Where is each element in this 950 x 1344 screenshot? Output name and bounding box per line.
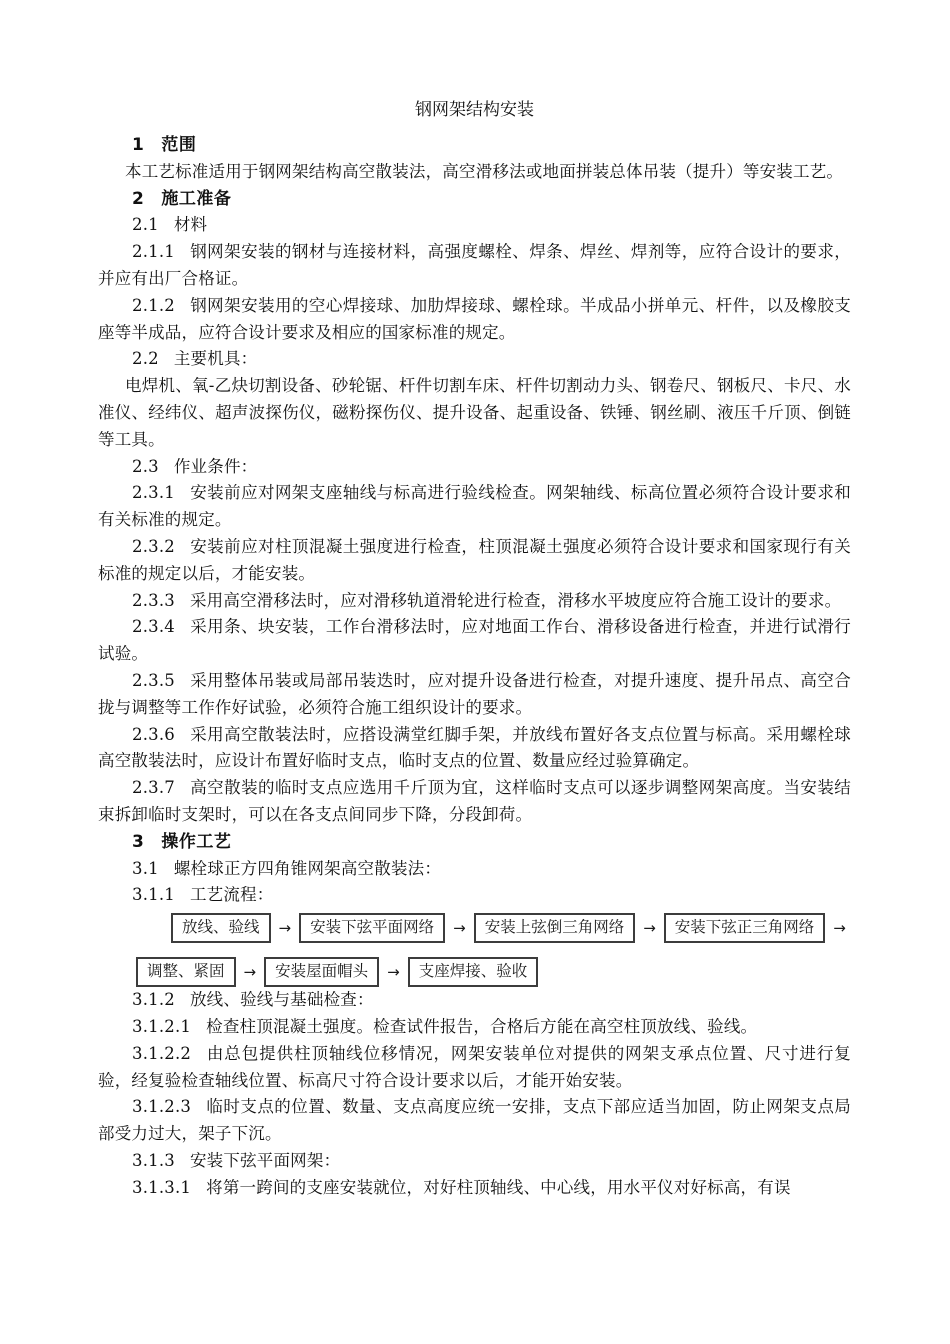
- section-2-header: 2施工准备: [98, 186, 851, 213]
- paragraph-2-3-6: 2.3.6采用高空散装法时，应搭设满堂红脚手架，并放线布置好各支点位置与标高。采…: [98, 722, 851, 776]
- flowchart-row-1: 放线、验线→安装下弦平面网络→安装上弦倒三角网络→安装下弦正三角网络→: [171, 913, 851, 943]
- clause-number: 3.1.2: [132, 990, 190, 1009]
- section-number: 3: [132, 832, 161, 852]
- flowchart-row-2: 调整、紧固→安装屋面帽头→支座焊接、验收: [136, 957, 851, 987]
- clause-number: 2.3.2: [132, 537, 190, 556]
- clause-text: 材料: [174, 215, 207, 234]
- section-title-text: 范围: [161, 135, 196, 155]
- arrow-right-icon: →: [643, 919, 656, 937]
- clause-text: 安装前应对柱顶混凝土强度进行检查，柱顶混凝土强度必须符合设计要求和国家现行有关标…: [98, 537, 851, 583]
- clause-number: 3.1.2.3: [132, 1097, 206, 1116]
- arrow-right-icon: →: [453, 919, 466, 937]
- flow-step-box: 安装下弦平面网络: [299, 913, 445, 943]
- paragraph-2-3-1: 2.3.1安装前应对网架支座轴线与标高进行验线检查。网架轴线、标高位置必须符合设…: [98, 480, 851, 534]
- clause-number: 2.1.1: [132, 242, 190, 261]
- arrow-right-icon: →: [387, 963, 400, 981]
- paragraph-3-1-2-1: 3.1.2.1检查柱顶混凝土强度。检查试件报告，合格后方能在高空柱顶放线、验线。: [98, 1014, 851, 1041]
- paragraph-2-3-5: 2.3.5采用整体吊装或局部吊装迭时，应对提升设备进行检查，对提升速度、提升吊点…: [98, 668, 851, 722]
- paragraph-2-3-4: 2.3.4采用条、块安装，工作台滑移法时，应对地面工作台、滑移设备进行检查，并进…: [98, 614, 851, 668]
- paragraph-2-3: 2.3作业条件：: [98, 454, 851, 481]
- clause-number: 2.1: [132, 215, 174, 234]
- paragraph-3-1-3-1: 3.1.3.1将第一跨间的支座安装就位，对好柱顶轴线、中心线，用水平仪对好标高，…: [98, 1175, 851, 1202]
- paragraph-2-3-3: 2.3.3采用高空滑移法时，应对滑移轨道滑轮进行检查，滑移水平坡度应符合施工设计…: [98, 588, 851, 615]
- clause-text: 采用整体吊装或局部吊装迭时，应对提升设备进行检查，对提升速度、提升吊点、高空合拢…: [98, 671, 851, 717]
- clause-number: 2.1.2: [132, 296, 190, 315]
- clause-number: 3.1.3.1: [132, 1178, 206, 1197]
- clause-number: 2.3.4: [132, 617, 190, 636]
- paragraph-2-1: 2.1材料: [98, 212, 851, 239]
- clause-text: 高空散装的临时支点应选用千斤顶为宜，这样临时支点可以逐步调整网架高度。当安装结束…: [98, 778, 851, 824]
- clause-number: 3.1: [132, 859, 174, 878]
- paragraph-3-1-3: 3.1.3安装下弦平面网架：: [98, 1148, 851, 1175]
- clause-text: 采用高空滑移法时，应对滑移轨道滑轮进行检查，滑移水平坡度应符合施工设计的要求。: [190, 591, 841, 610]
- clause-text: 检查柱顶混凝土强度。检查试件报告，合格后方能在高空柱顶放线、验线。: [206, 1017, 757, 1036]
- clause-text: 主要机具：: [174, 349, 258, 368]
- paragraph-2-3-7: 2.3.7高空散装的临时支点应选用千斤顶为宜，这样临时支点可以逐步调整网架高度。…: [98, 775, 851, 829]
- clause-number: 3.1.1: [132, 885, 190, 904]
- document-page: 钢网架结构安装 1范围 本工艺标准适用于钢网架结构高空散装法，高空滑移法或地面拼…: [0, 0, 950, 1344]
- paragraph-3-1-2-2: 3.1.2.2由总包提供柱顶轴线位移情况，网架安装单位对提供的网架支承点位置、尺…: [98, 1041, 851, 1095]
- clause-text: 钢网架安装用的空心焊接球、加肋焊接球、螺栓球。半成品小拼单元、杆件，以及橡胶支座…: [98, 296, 851, 342]
- clause-number: 3.1.2.1: [132, 1017, 206, 1036]
- section-title-text: 施工准备: [161, 189, 231, 209]
- clause-number: 2.3.5: [132, 671, 190, 690]
- paragraph-3-1: 3.1螺栓球正方四角锥网架高空散装法：: [98, 856, 851, 883]
- flow-step-box: 安装屋面帽头: [264, 957, 379, 987]
- paragraph-2-1-1: 2.1.1钢网架安装的钢材与连接材料，高强度螺栓、焊条、焊丝、焊剂等，应符合设计…: [98, 239, 851, 293]
- clause-number: 3.1.2.2: [132, 1044, 206, 1063]
- clause-text: 工艺流程：: [190, 885, 274, 904]
- paragraph-2-2: 2.2主要机具：: [98, 346, 851, 373]
- flow-step-box: 安装下弦正三角网络: [664, 913, 826, 943]
- section-number: 2: [132, 189, 161, 209]
- clause-text: 安装前应对网架支座轴线与标高进行验线检查。网架轴线、标高位置必须符合设计要求和有…: [98, 483, 851, 529]
- clause-text: 由总包提供柱顶轴线位移情况，网架安装单位对提供的网架支承点位置、尺寸进行复验，经…: [98, 1044, 851, 1090]
- paragraph-3-1-2: 3.1.2放线、验线与基础检查：: [98, 987, 851, 1014]
- paragraph-3-1-1: 3.1.1工艺流程：: [98, 882, 851, 909]
- clause-number: 3.1.3: [132, 1151, 190, 1170]
- flow-step-box: 支座焊接、验收: [408, 957, 539, 987]
- clause-number: 2.3.6: [132, 725, 190, 744]
- section-1-header: 1范围: [98, 132, 851, 159]
- arrow-right-icon: →: [833, 919, 846, 937]
- section-3-header: 3操作工艺: [98, 829, 851, 856]
- paragraph-tools-list: 电焊机、氧-乙炔切割设备、砂轮锯、杆件切割车床、杆件切割动力头、钢卷尺、钢板尺、…: [98, 373, 851, 453]
- flow-step-box: 调整、紧固: [136, 957, 236, 987]
- arrow-right-icon: →: [244, 963, 257, 981]
- paragraph-3-1-2-3: 3.1.2.3临时支点的位置、数量、支点高度应统一安排，支点下部应适当加固，防止…: [98, 1094, 851, 1148]
- clause-number: 2.3.7: [132, 778, 190, 797]
- clause-number: 2.3.1: [132, 483, 190, 502]
- arrow-right-icon: →: [279, 919, 292, 937]
- page-title: 钢网架结构安装: [98, 97, 851, 124]
- clause-number: 2.2: [132, 349, 174, 368]
- clause-text: 螺栓球正方四角锥网架高空散装法：: [174, 859, 441, 878]
- clause-text: 作业条件：: [174, 457, 258, 476]
- clause-text: 采用高空散装法时，应搭设满堂红脚手架，并放线布置好各支点位置与标高。采用螺栓球高…: [98, 725, 851, 771]
- paragraph-2-1-2: 2.1.2钢网架安装用的空心焊接球、加肋焊接球、螺栓球。半成品小拼单元、杆件，以…: [98, 293, 851, 347]
- clause-number: 2.3: [132, 457, 174, 476]
- clause-text: 采用条、块安装，工作台滑移法时，应对地面工作台、滑移设备进行检查，并进行试滑行试…: [98, 617, 851, 663]
- process-flowchart: 放线、验线→安装下弦平面网络→安装上弦倒三角网络→安装下弦正三角网络→ 调整、紧…: [98, 913, 851, 987]
- clause-text: 将第一跨间的支座安装就位，对好柱顶轴线、中心线，用水平仪对好标高，有误: [206, 1178, 791, 1197]
- flow-step-box: 安装上弦倒三角网络: [474, 913, 636, 943]
- paragraph-scope: 本工艺标准适用于钢网架结构高空散装法，高空滑移法或地面拼装总体吊装（提升）等安装…: [98, 159, 851, 186]
- section-title-text: 操作工艺: [161, 832, 231, 852]
- flow-step-box: 放线、验线: [171, 913, 271, 943]
- clause-text: 临时支点的位置、数量、支点高度应统一安排，支点下部应适当加固，防止网架支点局部受…: [98, 1097, 851, 1143]
- paragraph-2-3-2: 2.3.2安装前应对柱顶混凝土强度进行检查，柱顶混凝土强度必须符合设计要求和国家…: [98, 534, 851, 588]
- clause-text: 放线、验线与基础检查：: [190, 990, 374, 1009]
- clause-text: 安装下弦平面网架：: [190, 1151, 340, 1170]
- clause-text: 钢网架安装的钢材与连接材料，高强度螺栓、焊条、焊丝、焊剂等，应符合设计的要求，并…: [98, 242, 851, 288]
- clause-number: 2.3.3: [132, 591, 190, 610]
- section-number: 1: [132, 135, 161, 155]
